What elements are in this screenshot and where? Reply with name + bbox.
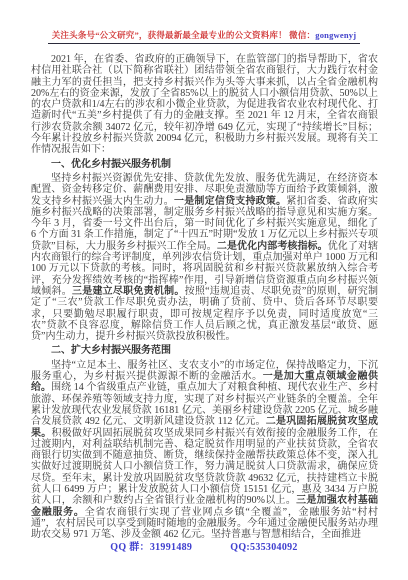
header-notice-text: 关注头条号“公文研究”，获得最新最全最专业的公文资料库！ 微信： <box>52 30 316 40</box>
section-heading: 二、扩大乡村振兴服务范围 <box>31 345 378 356</box>
paragraph-bold-segment: 三是建立尽职免责机制。 <box>72 286 185 297</box>
document-body: 2021 年，在省委、省政府的正确领导下，在监管部门的指导帮助下，省农村信用社联… <box>31 54 378 540</box>
footer-qq-group: QQ 群：31991489 <box>110 542 192 553</box>
paragraph: 2021 年，在省委、省政府的正确领导下，在监管部门的指导帮助下，省农村信用社联… <box>31 54 378 156</box>
paragraph: 坚持乡村振兴资源优先安排、贷款优先发放、服务优先满足，在经济资本配置、资金转移定… <box>31 173 378 342</box>
paragraph-bold-segment: 二是优化内部考核指标。 <box>217 241 328 252</box>
document-header: 关注头条号“公文研究”，获得最新最全最专业的公文资料库！ 微信：gongweny… <box>0 25 408 44</box>
section-heading: 一、优化乡村振兴服务机制 <box>31 159 378 170</box>
paragraph-bold-segment: 一是制定信贷支持政策。 <box>174 196 286 207</box>
document-page: 关注头条号“公文研究”，获得最新最全最专业的公文资料库！ 微信：gongweny… <box>0 0 408 580</box>
document-footer: QQ 群：31991489QQ:535304092 <box>0 538 408 553</box>
footer-qq: QQ:535304092 <box>230 542 298 553</box>
header-notice: 关注头条号“公文研究”，获得最新最全最专业的公文资料库！ 微信：gongweny… <box>48 29 361 44</box>
paragraph: 坚持“立足本土、服务社区、支农支小”的市场定位，保持战略定力，下沉服务重心，为乡… <box>31 360 378 541</box>
paragraph-text-segment: 2021 年，在省委、省政府的正确领导下，在监管部门的指导帮助下，省农村信用社联… <box>31 54 378 155</box>
header-wechat-id: gongwenyj <box>315 30 356 40</box>
